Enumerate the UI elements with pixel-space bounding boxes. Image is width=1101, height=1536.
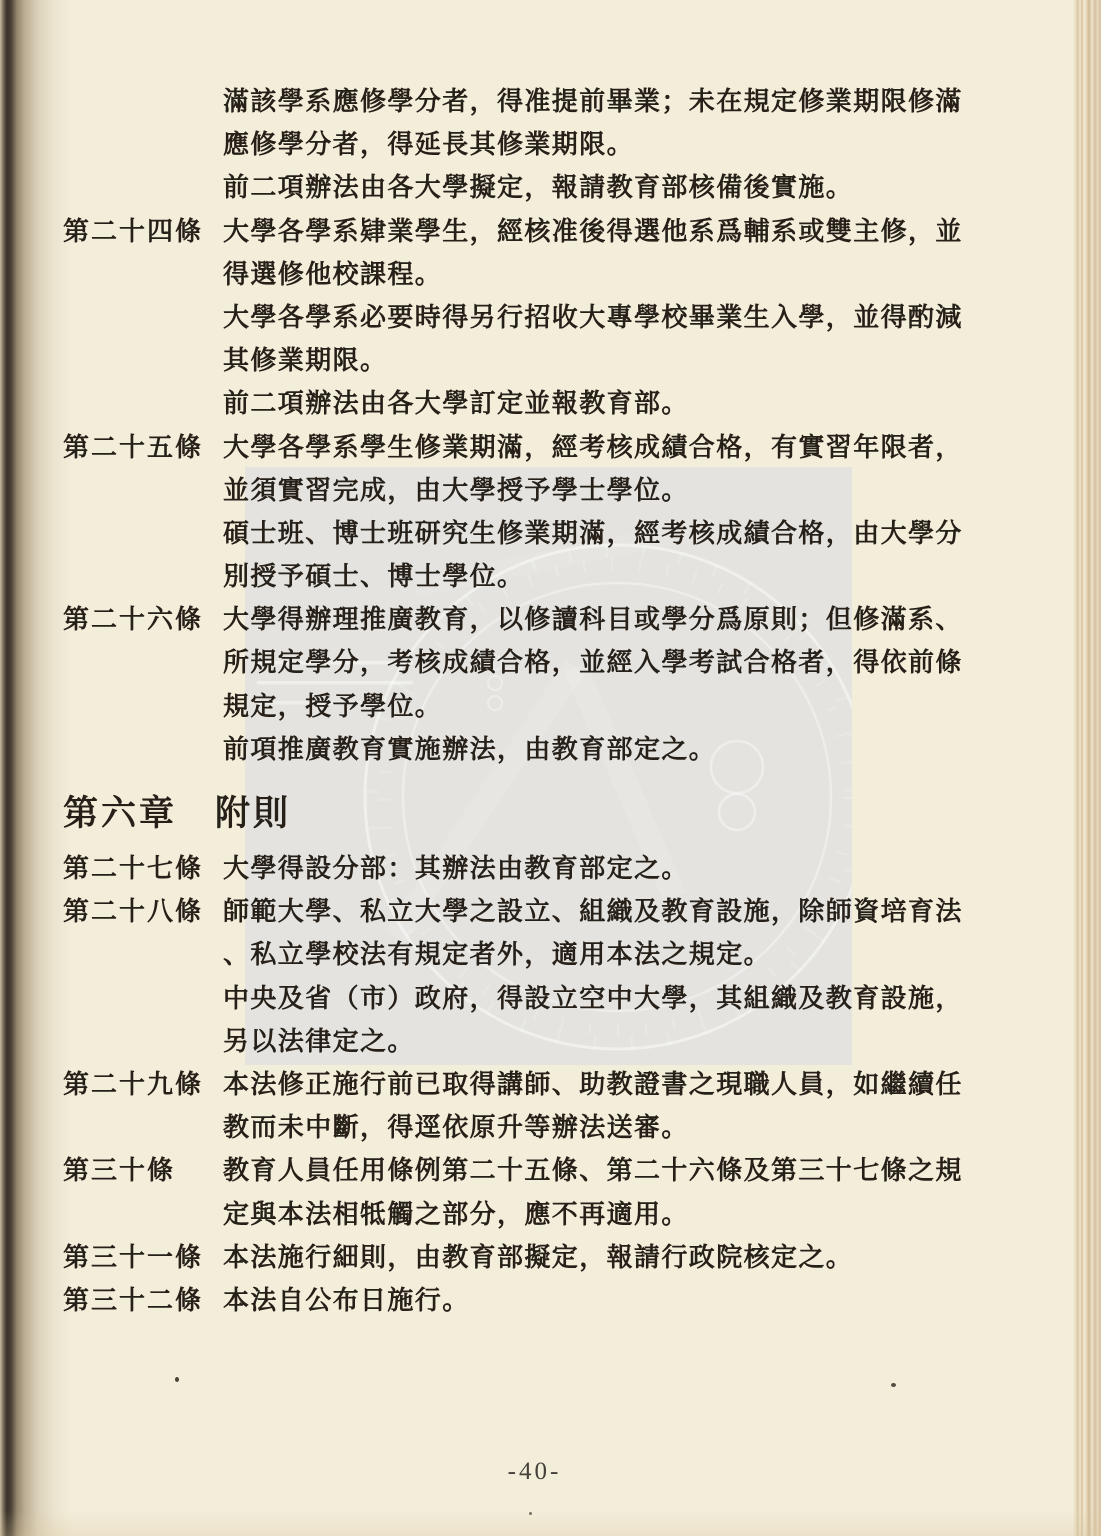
text-line: 第二十四條大學各學系肄業學生，經核准後得選他系爲輔系或雙主修，並: [0, 210, 1101, 253]
text-line: 教而未中斷，得逕依原升等辦法送審。: [0, 1106, 1101, 1149]
text-line: 第三十條教育人員任用條例第二十五條、第二十六條及第三十七條之規: [0, 1149, 1101, 1192]
article-text: 前二項辦法由各大學擬定，報請教育部核備後實施。: [223, 166, 853, 209]
text-line: 第二十九條本法修正施行前已取得講師、助教證書之現職人員，如繼續任: [0, 1063, 1101, 1106]
article-text: 並須實習完成，由大學授予學士學位。: [223, 469, 689, 512]
ink-speck: [175, 1377, 179, 1382]
ink-speck: [529, 1512, 532, 1515]
text-line: 、私立學校法有規定者外，適用本法之規定。: [0, 933, 1101, 976]
article-text: 大學各學系必要時得另行招收大專學校畢業生入學，並得酌減: [223, 296, 963, 339]
text-line: 前項推廣教育實施辦法，由教育部定之。: [0, 728, 1101, 771]
article-text: 得選修他校課程。: [223, 253, 442, 296]
text-line: 其修業期限。: [0, 339, 1101, 382]
article-text: 規定，授予學位。: [223, 685, 442, 728]
article-text: 、私立學校法有規定者外，適用本法之規定。: [223, 933, 771, 976]
text-line: 定與本法相牴觸之部分，應不再適用。: [0, 1193, 1101, 1236]
article-text: 別授予碩士、博士學位。: [223, 555, 524, 598]
article-number: 第二十七條: [63, 847, 203, 890]
article-number: 第三十一條: [63, 1236, 203, 1279]
article-text: 滿該學系應修學分者，得准提前畢業；未在規定修業期限修滿: [223, 80, 963, 123]
article-text: 大學各學系肄業學生，經核准後得選他系爲輔系或雙主修，並: [223, 210, 963, 253]
text-line: 所規定學分，考核成績合格，並經入學考試合格者，得依前條: [0, 641, 1101, 684]
text-line: 別授予碩士、博士學位。: [0, 555, 1101, 598]
text-line: 碩士班、博士班研究生修業期滿，經考核成績合格，由大學分: [0, 512, 1101, 555]
articles-section-top: 滿該學系應修學分者，得准提前畢業；未在規定修業期限修滿 應修學分者，得延長其修業…: [0, 80, 1101, 771]
text-line: 第二十六條大學得辦理推廣教育，以修讀科目或學分爲原則；但修滿系、: [0, 598, 1101, 641]
article-number: 第三十條: [63, 1149, 175, 1192]
article-text: 前二項辦法由各大學訂定並報教育部。: [223, 382, 689, 425]
text-line: 第三十一條本法施行細則，由教育部擬定，報請行政院核定之。: [0, 1236, 1101, 1279]
article-text: 所規定學分，考核成績合格，並經入學考試合格者，得依前條: [223, 641, 963, 684]
page-bottom-shadow: [0, 1510, 1101, 1536]
text-line: 第二十五條大學各學系學生修業期滿，經考核成績合格，有實習年限者，: [0, 426, 1101, 469]
article-text: 本法自公布日施行。: [223, 1279, 470, 1322]
text-line: 前二項辦法由各大學擬定，報請教育部核備後實施。: [0, 166, 1101, 209]
article-text: 大學各學系學生修業期滿，經考核成績合格，有實習年限者，: [223, 426, 963, 469]
article-text: 其修業期限。: [223, 339, 387, 382]
article-text: 中央及省（市）政府，得設立空中大學，其組織及教育設施，: [223, 977, 963, 1020]
text-line: 中央及省（市）政府，得設立空中大學，其組織及教育設施，: [0, 977, 1101, 1020]
text-line: 大學各學系必要時得另行招收大專學校畢業生入學，並得酌減: [0, 296, 1101, 339]
text-line: 規定，授予學位。: [0, 685, 1101, 728]
text-line: 第三十二條本法自公布日施行。: [0, 1279, 1101, 1322]
text-line: 滿該學系應修學分者，得准提前畢業；未在規定修業期限修滿: [0, 80, 1101, 123]
article-text: 教而未中斷，得逕依原升等辦法送審。: [223, 1106, 689, 1149]
article-text: 應修學分者，得延長其修業期限。: [223, 123, 634, 166]
text-line: 第二十七條大學得設分部：其辦法由教育部定之。: [0, 847, 1101, 890]
article-number: 第二十八條: [63, 890, 203, 933]
article-text: 師範大學、私立大學之設立、組織及教育設施，除師資培育法: [223, 890, 963, 933]
article-number: 第二十六條: [63, 598, 203, 641]
article-text: 另以法律定之。: [223, 1020, 415, 1063]
text-line: 另以法律定之。: [0, 1020, 1101, 1063]
article-text: 教育人員任用條例第二十五條、第二十六條及第三十七條之規: [223, 1149, 963, 1192]
text-line: 應修學分者，得延長其修業期限。: [0, 123, 1101, 166]
text-line: 第二十八條師範大學、私立大學之設立、組織及教育設施，除師資培育法: [0, 890, 1101, 933]
articles-section-bottom: 第二十七條大學得設分部：其辦法由教育部定之。 第二十八條師範大學、私立大學之設立…: [0, 847, 1101, 1322]
article-text: 本法施行細則，由教育部擬定，報請行政院核定之。: [223, 1236, 853, 1279]
article-text: 碩士班、博士班研究生修業期滿，經考核成績合格，由大學分: [223, 512, 963, 555]
article-text: 定與本法相牴觸之部分，應不再適用。: [223, 1193, 689, 1236]
article-number: 第三十二條: [63, 1279, 203, 1322]
chapter-heading: 第六章 附則: [63, 792, 291, 836]
ink-speck: [891, 1383, 896, 1387]
article-number: 第二十四條: [63, 210, 203, 253]
text-line: 前二項辦法由各大學訂定並報教育部。: [0, 382, 1101, 425]
text-line: 得選修他校課程。: [0, 253, 1101, 296]
article-number: 第二十九條: [63, 1063, 203, 1106]
article-text: 前項推廣教育實施辦法，由教育部定之。: [223, 728, 716, 771]
article-text: 大學得設分部：其辦法由教育部定之。: [223, 847, 689, 890]
article-text: 大學得辦理推廣教育，以修讀科目或學分爲原則；但修滿系、: [223, 598, 963, 641]
article-text: 本法修正施行前已取得講師、助教證書之現職人員，如繼續任: [223, 1063, 963, 1106]
text-line: 並須實習完成，由大學授予學士學位。: [0, 469, 1101, 512]
page-number: -40-: [0, 1458, 1085, 1486]
article-number: 第二十五條: [63, 426, 203, 469]
